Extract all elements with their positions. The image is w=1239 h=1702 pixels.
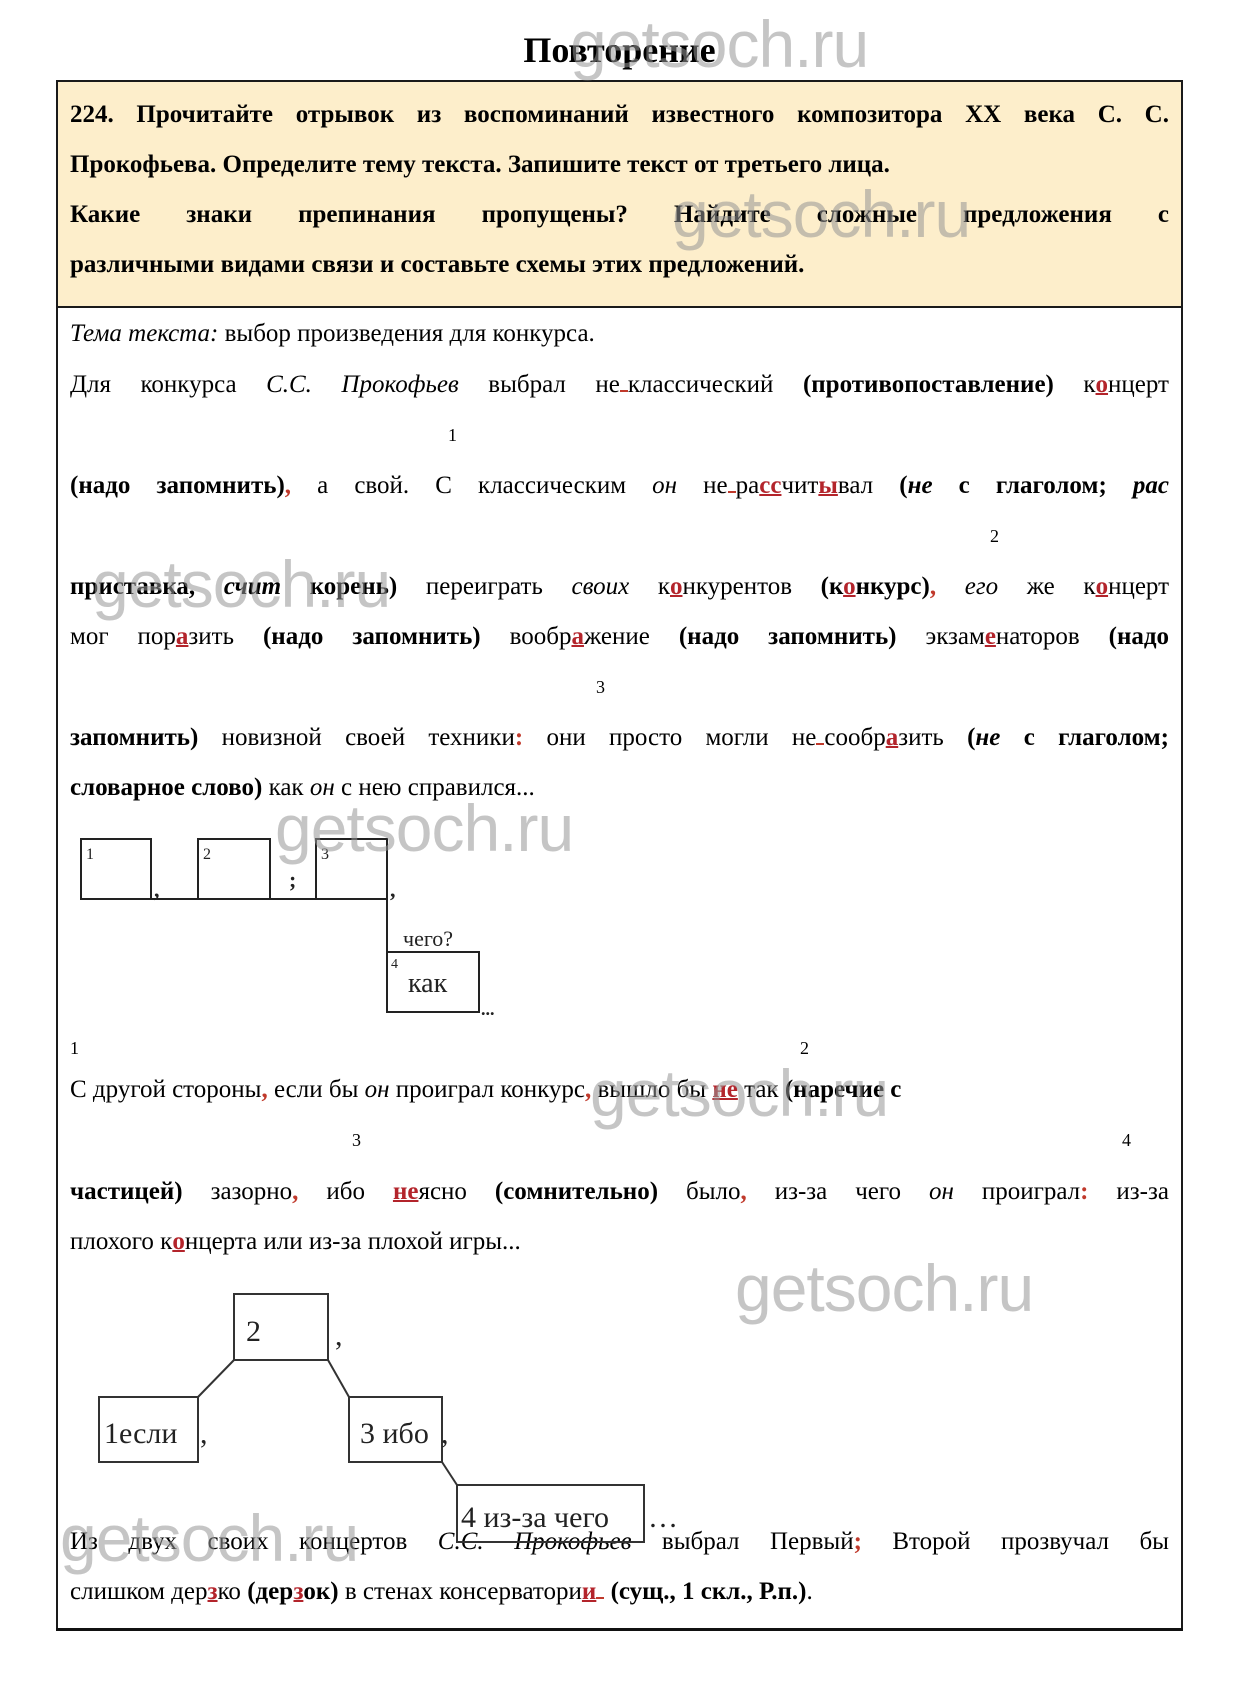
scheme2-box-3: 3 ибо [360,1417,429,1450]
scheme2-box-4: 4 из-за чего [461,1501,609,1534]
scheme2-box-2: 2 [246,1315,261,1348]
scheme2-ending: … [648,1501,678,1534]
scheme2-separator: , [200,1417,208,1450]
scheme2-box-1: 1если [104,1417,177,1450]
scheme2-separator: , [441,1417,449,1450]
sentence-scheme-2: 2 1если 3 ибо 4 из-за чего , , , … [0,0,1239,1702]
scheme2-separator: , [335,1319,343,1352]
